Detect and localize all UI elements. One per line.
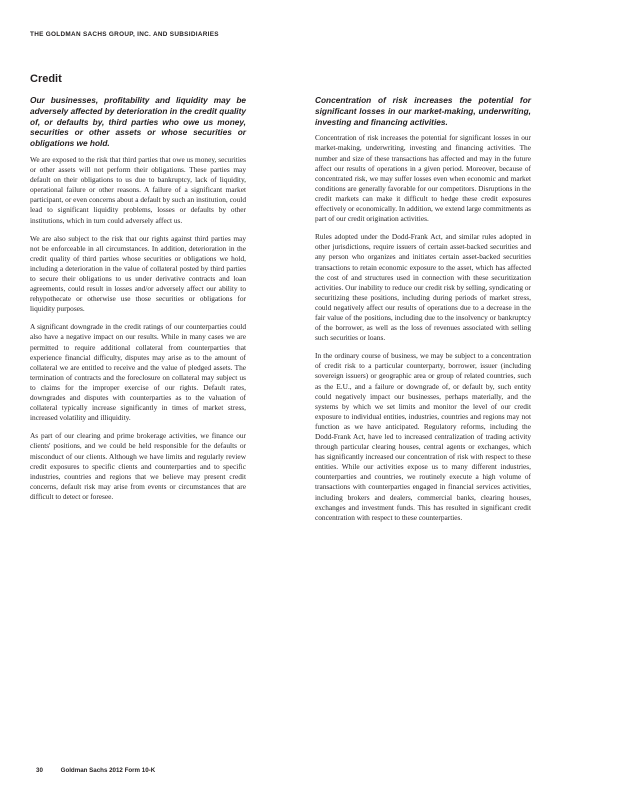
left-column: Our businesses, profitability and liquid… <box>30 95 246 510</box>
right-subhead: Concentration of risk increases the pote… <box>315 95 531 127</box>
left-paragraph-1: We are exposed to the risk that third pa… <box>30 155 246 226</box>
right-paragraph-3: In the ordinary course of business, we m… <box>315 351 531 523</box>
left-subhead: Our businesses, profitability and liquid… <box>30 95 246 149</box>
right-column: Concentration of risk increases the pote… <box>315 95 531 531</box>
right-paragraph-2: Rules adopted under the Dodd-Frank Act, … <box>315 232 531 343</box>
page-footer: 30 Goldman Sachs 2012 Form 10-K <box>36 767 155 774</box>
page-number: 30 <box>36 767 43 774</box>
section-title: Credit <box>30 73 62 85</box>
running-head: THE GOLDMAN SACHS GROUP, INC. AND SUBSID… <box>30 31 219 38</box>
left-paragraph-3: A significant downgrade in the credit ra… <box>30 322 246 423</box>
left-paragraph-2: We are also subject to the risk that our… <box>30 234 246 315</box>
left-paragraph-4: As part of our clearing and prime broker… <box>30 431 246 502</box>
document-label: Goldman Sachs 2012 Form 10-K <box>61 767 156 774</box>
right-paragraph-1: Concentration of risk increases the pote… <box>315 133 531 224</box>
